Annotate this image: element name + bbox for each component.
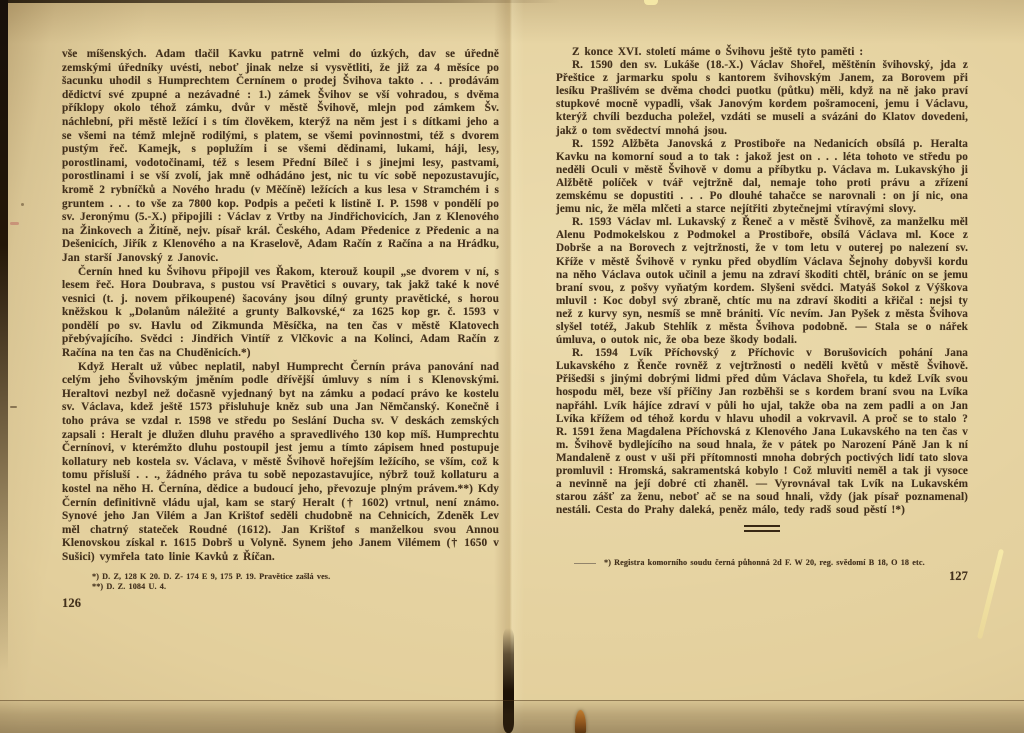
book-scan: vše míšenských. Adam tlačil Kavku patrně… — [0, 0, 1024, 733]
page-number-right: 127 — [556, 570, 968, 583]
footnote-text: *) Registra komorního soudu černá půhonn… — [604, 558, 925, 567]
footnote: *) Registra komorního soudu černá půhonn… — [574, 558, 968, 568]
footnotes-block: *) Registra komorního soudu černá půhonn… — [574, 558, 968, 568]
paragraph: Když Heralt už vůbec neplatil, nabyl Hum… — [62, 361, 499, 565]
margin-speck — [10, 406, 17, 408]
paragraph: R. 1592 Alžběta Janovská z Prostiboře na… — [556, 138, 968, 217]
paper-fiber-streak — [977, 549, 1004, 639]
pencil-dash-mark — [574, 563, 596, 564]
left-page-edge-shadow — [0, 0, 8, 700]
section-end-rule — [744, 525, 780, 532]
right-page-text-column: Z konce XVI. století máme o Švihovu ješt… — [556, 46, 968, 583]
margin-speck — [21, 203, 24, 206]
left-page-text-column: vše míšenských. Adam tlačil Kavku patrně… — [62, 48, 499, 610]
footnote: **) D. Z. 1084 U. 4. — [92, 582, 499, 592]
paragraph: Černín hned ku Švihovu připojil ves Řako… — [62, 266, 499, 361]
paragraph: R. 1590 den sv. Lukáše (18.-X.) Václav S… — [556, 59, 968, 138]
top-page-edge-shadow — [0, 0, 560, 3]
footnotes-block: *) D. Z, 128 K 20. D. Z- 174 E 9, 175 P.… — [92, 572, 499, 592]
footnote: *) D. Z, 128 K 20. D. Z- 174 E 9, 175 P.… — [92, 572, 499, 582]
page-number-left: 126 — [62, 597, 499, 611]
bottom-page-edge-shadow — [0, 700, 1024, 733]
bookmark-tip — [575, 710, 586, 733]
paragraph: R. 1593 Václav ml. Lukavský z Řeneč a v … — [556, 216, 968, 347]
paragraph: R. 1594 Lvík Příchovský z Příchovic v Bo… — [556, 347, 968, 517]
paragraph: Z konce XVI. století máme o Švihovu ješt… — [556, 46, 968, 59]
paragraph: vše míšenských. Adam tlačil Kavku patrně… — [62, 48, 499, 266]
margin-speck — [10, 222, 19, 225]
book-gutter-dark-shadow — [503, 628, 514, 733]
paper-tab-fragment — [644, 0, 658, 5]
